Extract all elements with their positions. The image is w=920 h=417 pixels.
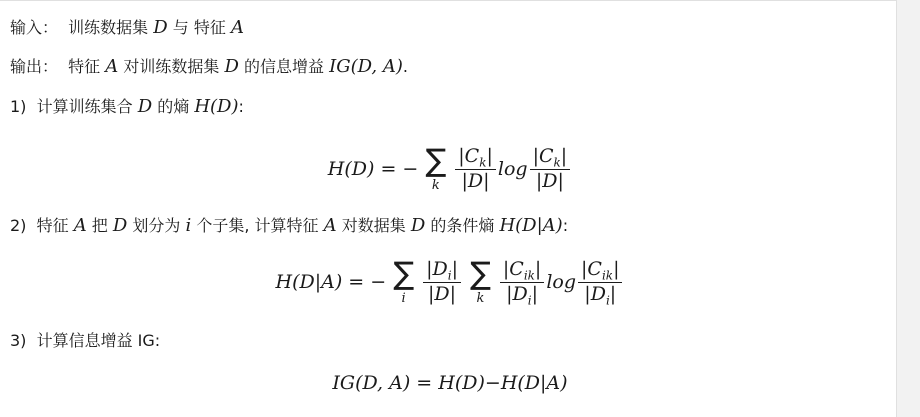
math-text: | [613,258,619,280]
sigma-symbol: ∑ [470,259,491,290]
summation: ∑i [393,259,414,305]
subscript: ik [602,268,613,282]
sigma-symbol: ∑ [425,146,446,177]
text-run: 把 [87,216,113,235]
inline-math: A [105,56,118,77]
inline-math: A [324,215,337,236]
math-text: |C [533,145,554,167]
inline-math: D [138,96,152,117]
math-text: IG(D, A) = H(D)−H(D|A) [332,372,567,394]
inline-math: D [113,215,127,236]
formula-information-gain: IG(D, A) = H(D)−H(D|A) [10,369,890,397]
math-text: |D [584,283,606,305]
sigma-symbol: ∑ [393,259,414,290]
fraction-denominator: |Di| [581,283,619,307]
inline-math: D [411,215,425,236]
math-text: H(D|A) = − [276,271,387,293]
fraction-numerator: |Ck| [455,145,496,170]
text-run: : [563,216,568,235]
math-text: | [610,283,616,305]
summation-index: k [432,179,440,192]
text-run: 的熵 [152,97,194,116]
summation: ∑k [425,146,446,192]
text-run: 对数据集 [337,216,411,235]
inline-math: A [74,215,87,236]
fraction: |Ck||D| [530,145,571,194]
line-input: 输入： 训练数据集 D 与 特征 A [10,17,896,39]
text-run: 的信息增益 [239,57,329,76]
text-run: 2) 特征 [10,216,74,235]
math-text: |C [581,258,602,280]
fraction-denominator: |D| [425,283,459,307]
math-text: |D| [536,170,564,192]
text-run: 对训练数据集 [118,57,224,76]
text-run: 的条件熵 [425,216,499,235]
math-text: |C [503,258,524,280]
math-text: | [535,258,541,280]
subscript: k [554,155,561,169]
math-text: |D [506,283,528,305]
text-run: 1) 计算训练集合 [10,97,138,116]
fraction: |Ck||D| [455,145,496,194]
math-text: |D| [462,170,490,192]
summation-index: k [476,292,484,305]
text-run: 3) 计算信息增益 IG: [10,331,160,350]
fraction-denominator: |D| [533,170,567,194]
text-run: 输入： 训练数据集 [10,18,153,37]
line-output: 输出： 特征 A 对训练数据集 D 的信息增益 IG(D, A). [10,56,896,78]
summation: ∑k [470,259,491,305]
line-step1-entropy: 1) 计算训练集合 D 的熵 H(D): [10,96,896,118]
fraction-numerator: |Cik| [500,258,544,283]
inline-math: A [231,17,244,38]
inline-math: H(D) [194,96,238,117]
math-text: | [486,145,492,167]
fraction-numerator: |Di| [423,258,461,283]
formula-entropy: H(D) = −∑k|Ck||D|log|Ck||D| [10,144,890,194]
inline-math: D [153,17,167,38]
fraction-denominator: |Di| [503,283,541,307]
math-text: | [561,145,567,167]
inline-math: H(D|A) [499,215,562,236]
text-run: 与 特征 [168,18,231,37]
math-text: |D [426,258,448,280]
fraction: |Di||D| [423,258,461,307]
fraction: |Cik||Di| [500,258,544,307]
fraction-denominator: |D| [459,170,493,194]
fraction-numerator: |Cik| [578,258,622,283]
math-text: log [498,158,528,180]
math-text: log [546,271,576,293]
line-step3-information-gain: 3) 计算信息增益 IG: [10,330,896,352]
summation-index: i [402,292,406,305]
subscript: ik [524,268,535,282]
inline-math: IG(D, A) [329,56,403,77]
math-text: |D| [428,283,456,305]
text-run: 划分为 [127,216,185,235]
math-text: H(D) = − [328,158,419,180]
line-step2-conditional-entropy: 2) 特征 A 把 D 划分为 i 个子集, 计算特征 A 对数据集 D 的条件… [10,215,896,237]
inline-math: D [224,56,238,77]
math-text: | [532,283,538,305]
text-run: : [239,97,244,116]
fraction-numerator: |Ck| [530,145,571,170]
algorithm-document-panel: 输入： 训练数据集 D 与 特征 A 输出： 特征 A 对训练数据集 D 的信息… [0,0,897,417]
text-run: 输出： 特征 [10,57,105,76]
formula-conditional-entropy: H(D|A) = −∑i|Di||D|∑k|Cik||Di|log|Cik||D… [10,254,890,310]
fraction: |Cik||Di| [578,258,622,307]
text-run: . [403,57,408,76]
text-run: 个子集, 计算特征 [191,216,323,235]
math-text: | [452,258,458,280]
math-text: |C [458,145,479,167]
